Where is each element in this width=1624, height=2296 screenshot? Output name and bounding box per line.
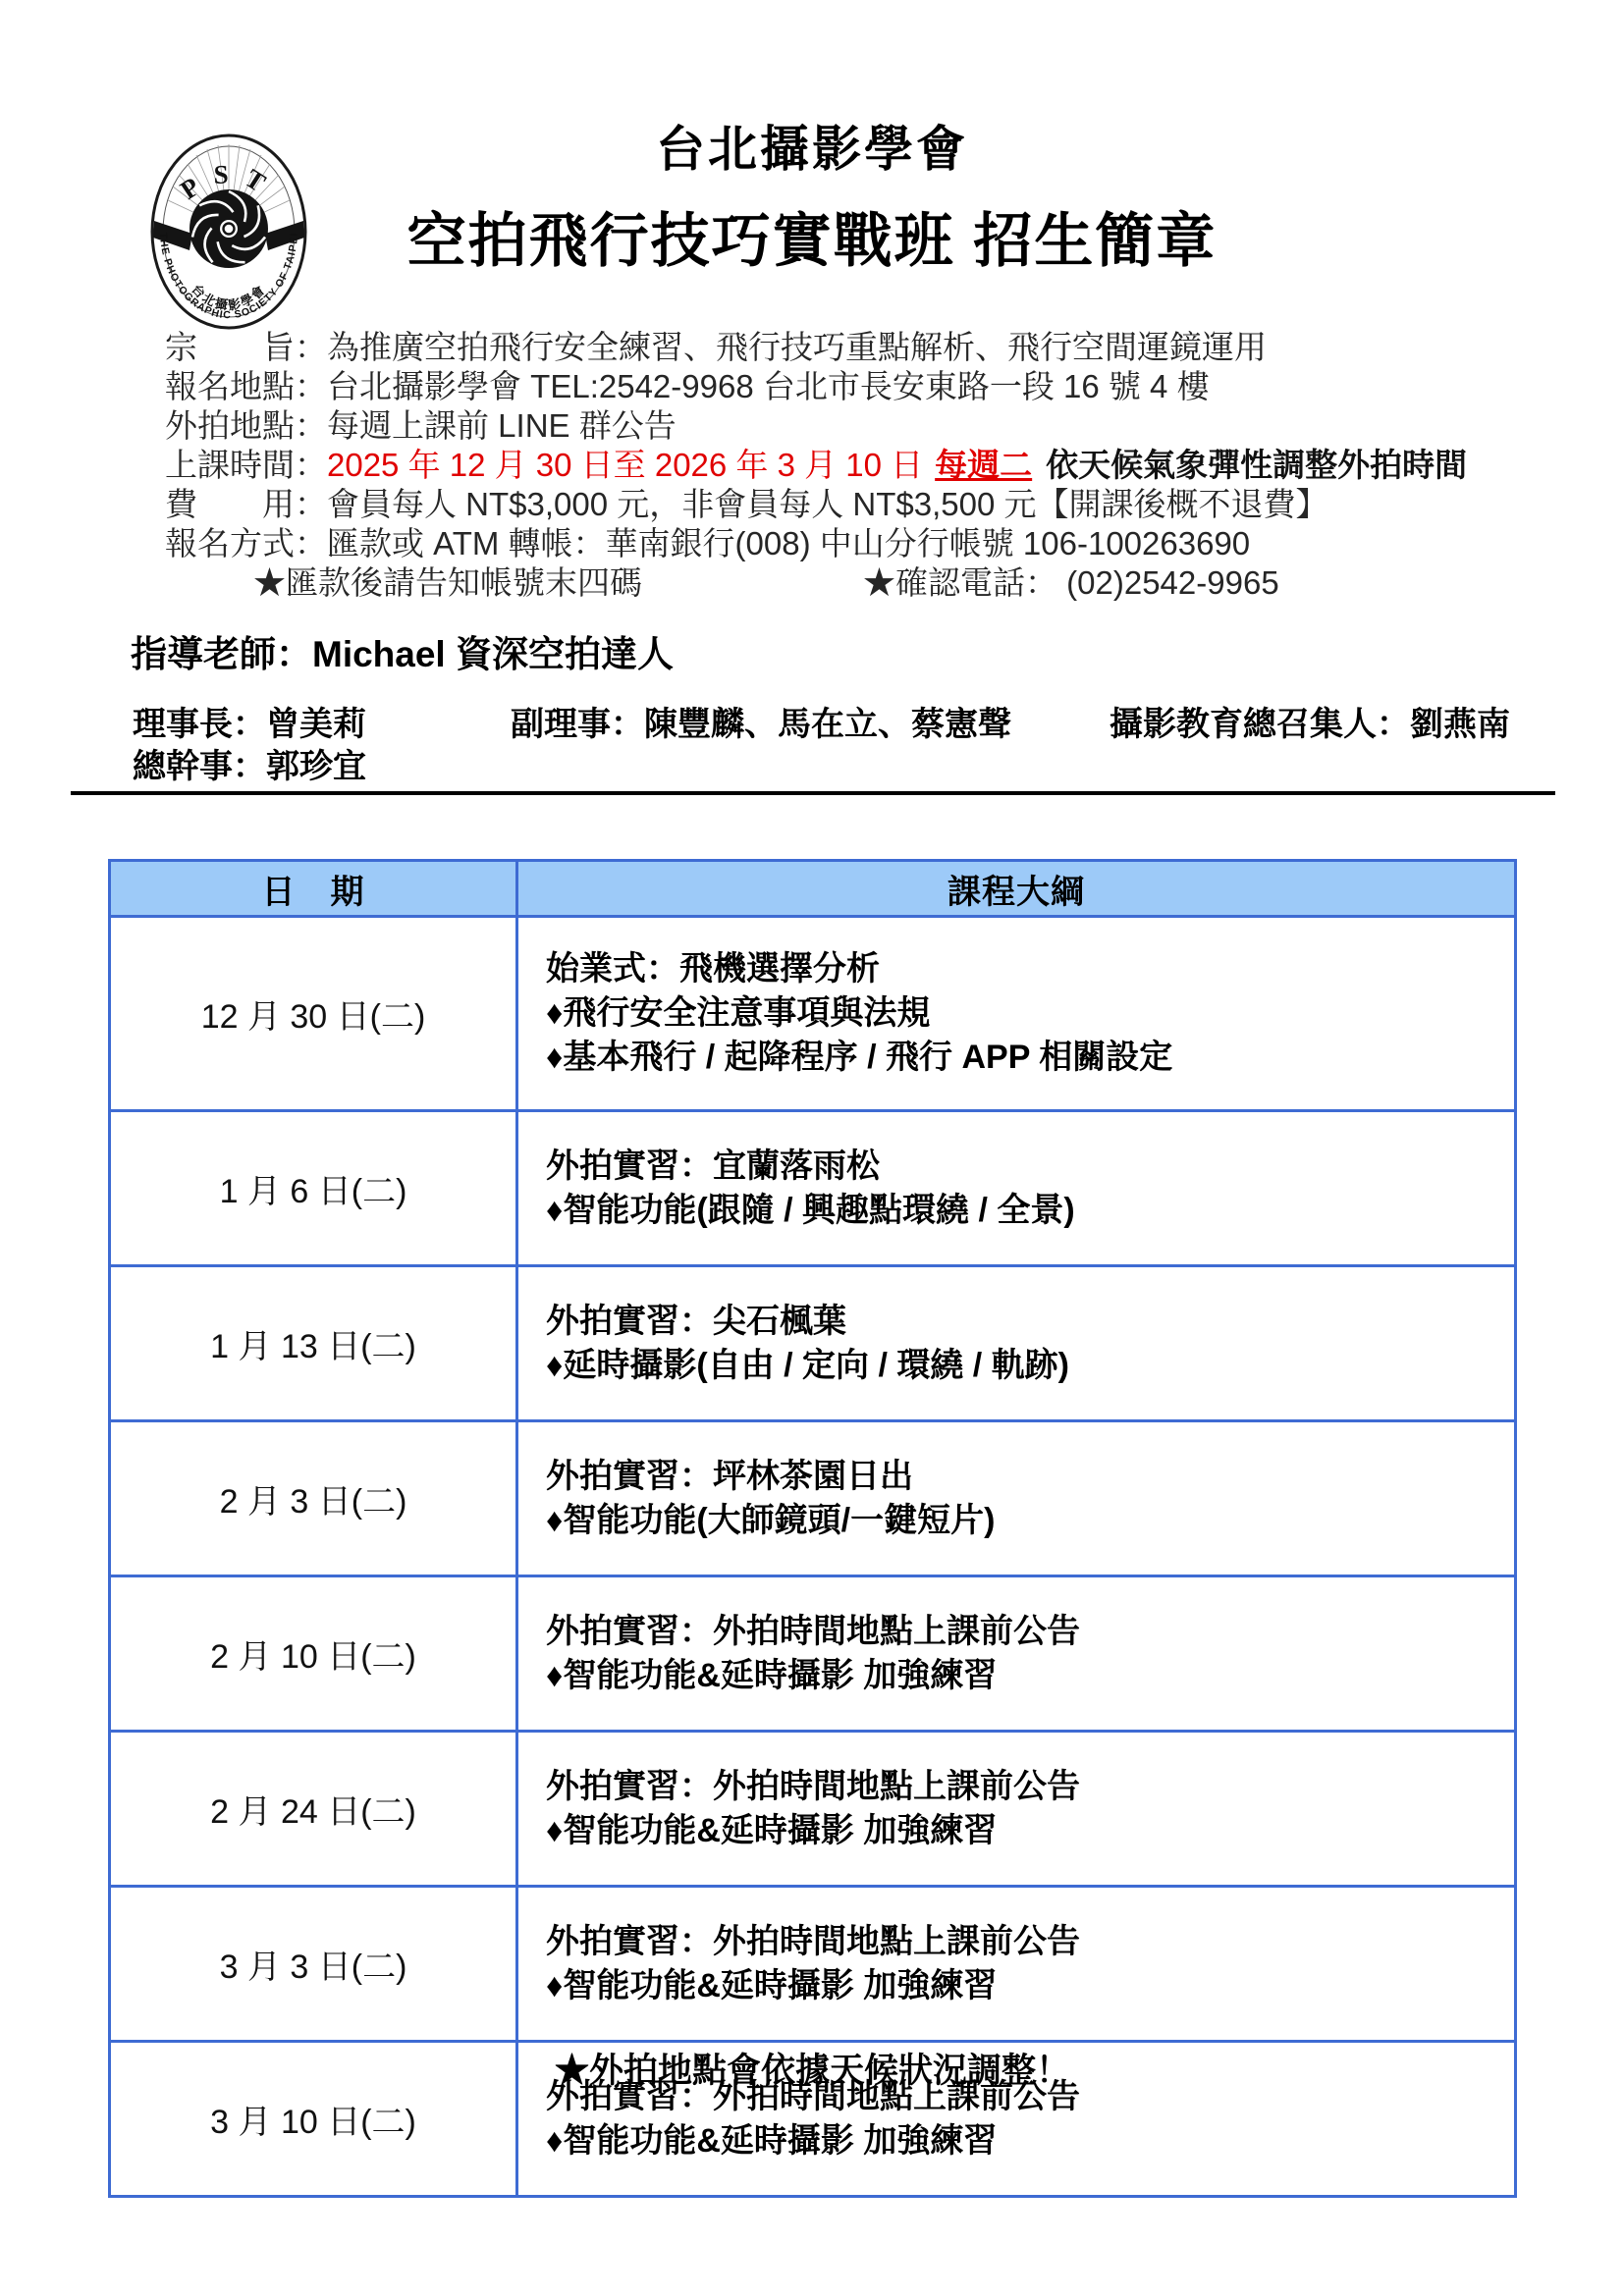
row-outline: 外拍實習：外拍時間地點上課前公告 ♦智能功能&延時攝影 加強練習 — [517, 1576, 1516, 1732]
officer-vice: 副理事：陳豐麟、馬在立、蔡憲聲 — [511, 697, 1011, 745]
outline-line: ♦智能功能&延時攝影 加強練習 — [546, 2119, 1496, 2163]
table-row: 2 月 24 日(二) 外拍實習：外拍時間地點上課前公告 ♦智能功能&延時攝影 … — [110, 1732, 1516, 1887]
schedule-header-row: 日 期 課程大綱 — [110, 861, 1516, 917]
time-dates-text: 2025 年 12 月 30 日至 2026 年 3 月 10 日 — [327, 447, 923, 483]
info-line-fee: 費 用：會員每人 NT$3,000 元，非會員每人 NT$3,500 元【開課後… — [165, 485, 1559, 524]
outline-line: 始業式：飛機選擇分析 — [546, 947, 1496, 991]
header-date: 日 期 — [110, 861, 517, 917]
header-outline: 課程大綱 — [517, 861, 1516, 917]
outline-line: ♦延時攝影(自由 / 定向 / 環繞 / 軌跡) — [546, 1344, 1496, 1388]
table-row: 1 月 13 日(二) 外拍實習：尖石楓葉 ♦延時攝影(自由 / 定向 / 環繞… — [110, 1266, 1516, 1421]
purpose-text: 為推廣空拍飛行安全練習、飛行技巧重點解析、飛行空間運鏡運用 — [327, 329, 1267, 365]
officer-chairman: 理事長：曾美莉 — [133, 697, 366, 745]
info-block: 宗 旨：為推廣空拍飛行安全練習、飛行技巧重點解析、飛行空間運鏡運用 報名地點：台… — [165, 328, 1559, 603]
table-row: 2 月 3 日(二) 外拍實習：坪林茶園日出 ♦智能功能(大師鏡頭/一鍵短片) — [110, 1421, 1516, 1576]
info-line-time: 上課時間：2025 年 12 月 30 日至 2026 年 3 月 10 日每週… — [165, 446, 1559, 485]
remit-note-text: ★匯款後請告知帳號末四碼 — [253, 564, 642, 601]
time-weekday-text: 每週二 — [935, 447, 1032, 483]
outline-line: 外拍實習：坪林茶園日出 — [546, 1455, 1496, 1499]
table-row: 12 月 30 日(二) 始業式：飛機選擇分析 ♦飛行安全注意事項與法規 ♦基本… — [110, 917, 1516, 1111]
row-date: 2 月 10 日(二) — [110, 1576, 517, 1732]
flyer-page: PST THE PHOTOGRAPHIC SOCIETY OF TAIPEI 台… — [0, 0, 1624, 2296]
table-row: 1 月 6 日(二) 外拍實習：宜蘭落雨松 ♦智能功能(跟隨 / 興趣點環繞 /… — [110, 1111, 1516, 1266]
row-outline: 外拍實習：外拍時間地點上課前公告 ♦智能功能&延時攝影 加強練習 — [517, 1887, 1516, 2042]
info-line-method: 報名方式：匯款或 ATM 轉帳：華南銀行(008) 中山分行帳號 106-100… — [165, 524, 1559, 563]
instructor-line: 指導老師：Michael 資深空拍達人 — [131, 624, 674, 677]
location-label: 外拍地點： — [165, 407, 327, 444]
row-outline: 外拍實習：宜蘭落雨松 ♦智能功能(跟隨 / 興趣點環繞 / 全景) — [517, 1111, 1516, 1266]
time-note-text: 依天候氣象彈性調整外拍時間 — [1046, 447, 1467, 483]
row-date: 12 月 30 日(二) — [110, 917, 517, 1111]
info-line-signup: 報名地點：台北攝影學會 TEL:2542-9968 台北市長安東路一段 16 號… — [165, 367, 1559, 406]
method-text: 匯款或 ATM 轉帳：華南銀行(008) 中山分行帳號 106-10026369… — [327, 525, 1250, 561]
row-date: 2 月 3 日(二) — [110, 1421, 517, 1576]
outline-line: 外拍實習：外拍時間地點上課前公告 — [546, 1920, 1496, 1964]
doc-title: 空拍飛行技巧實戰班 招生簡章 — [0, 194, 1624, 279]
row-date: 3 月 3 日(二) — [110, 1887, 517, 2042]
info-line-purpose: 宗 旨：為推廣空拍飛行安全練習、飛行技巧重點解析、飛行空間運鏡運用 — [165, 328, 1559, 367]
schedule-table: 日 期 課程大綱 12 月 30 日(二) 始業式：飛機選擇分析 ♦飛行安全注意… — [108, 859, 1517, 2198]
row-date: 1 月 13 日(二) — [110, 1266, 517, 1421]
row-outline: 外拍實習：尖石楓葉 ♦延時攝影(自由 / 定向 / 環繞 / 軌跡) — [517, 1266, 1516, 1421]
row-outline: 始業式：飛機選擇分析 ♦飛行安全注意事項與法規 ♦基本飛行 / 起降程序 / 飛… — [517, 917, 1516, 1111]
outline-line: ♦智能功能(大師鏡頭/一鍵短片) — [546, 1499, 1496, 1543]
time-label: 上課時間： — [165, 447, 327, 483]
row-outline: 外拍實習：坪林茶園日出 ♦智能功能(大師鏡頭/一鍵短片) — [517, 1421, 1516, 1576]
row-outline: 外拍實習：外拍時間地點上課前公告 ♦智能功能&延時攝影 加強練習 — [517, 1732, 1516, 1887]
title-block: 台北攝影學會 空拍飛行技巧實戰班 招生簡章 — [0, 110, 1624, 279]
purpose-label: 宗 旨： — [165, 329, 327, 365]
outline-line: 外拍實習：尖石楓葉 — [546, 1300, 1496, 1344]
location-text: 每週上課前 LINE 群公告 — [327, 407, 677, 444]
row-date: 1 月 6 日(二) — [110, 1111, 517, 1266]
section-divider — [71, 791, 1555, 795]
row-date: 2 月 24 日(二) — [110, 1732, 517, 1887]
fee-text: 會員每人 NT$3,000 元，非會員每人 NT$3,500 元【開課後概不退費… — [327, 486, 1328, 522]
table-row: 3 月 3 日(二) 外拍實習：外拍時間地點上課前公告 ♦智能功能&延時攝影 加… — [110, 1887, 1516, 2042]
outline-line: 外拍實習：外拍時間地點上課前公告 — [546, 1765, 1496, 1809]
outline-line: ♦智能功能&延時攝影 加強練習 — [546, 1654, 1496, 1698]
signup-text: 台北攝影學會 TEL:2542-9968 台北市長安東路一段 16 號 4 樓 — [327, 368, 1210, 404]
table-row: 2 月 10 日(二) 外拍實習：外拍時間地點上課前公告 ♦智能功能&延時攝影 … — [110, 1576, 1516, 1732]
outline-line: ♦智能功能(跟隨 / 興趣點環繞 / 全景) — [546, 1189, 1496, 1233]
signup-label: 報名地點： — [165, 368, 327, 404]
outline-line: ♦飛行安全注意事項與法規 — [546, 991, 1496, 1036]
method-label: 報名方式： — [165, 525, 327, 561]
outline-line: ♦智能功能&延時攝影 加強練習 — [546, 1809, 1496, 1853]
officer-education-convener: 攝影教育總召集人：劉燕南 — [1110, 697, 1510, 745]
outline-line: ♦智能功能&延時攝影 加強練習 — [546, 1964, 1496, 2008]
info-line-location: 外拍地點：每週上課前 LINE 群公告 — [165, 406, 1559, 446]
fee-label: 費 用： — [165, 486, 327, 522]
outline-line: 外拍實習：宜蘭落雨松 — [546, 1145, 1496, 1189]
footer-note: ★外拍地點會依據天候狀況調整！ — [108, 2044, 1517, 2093]
org-title: 台北攝影學會 — [0, 110, 1624, 181]
officer-secretary: 總幹事：郭珍宜 — [133, 739, 366, 787]
info-line-remit: ★匯款後請告知帳號末四碼★確認電話： (02)2542-9965 — [165, 563, 1559, 603]
outline-line: 外拍實習：外拍時間地點上課前公告 — [546, 1610, 1496, 1654]
outline-line: ♦基本飛行 / 起降程序 / 飛行 APP 相關設定 — [546, 1036, 1496, 1080]
confirm-phone-text: ★確認電話： (02)2542-9965 — [863, 564, 1279, 601]
